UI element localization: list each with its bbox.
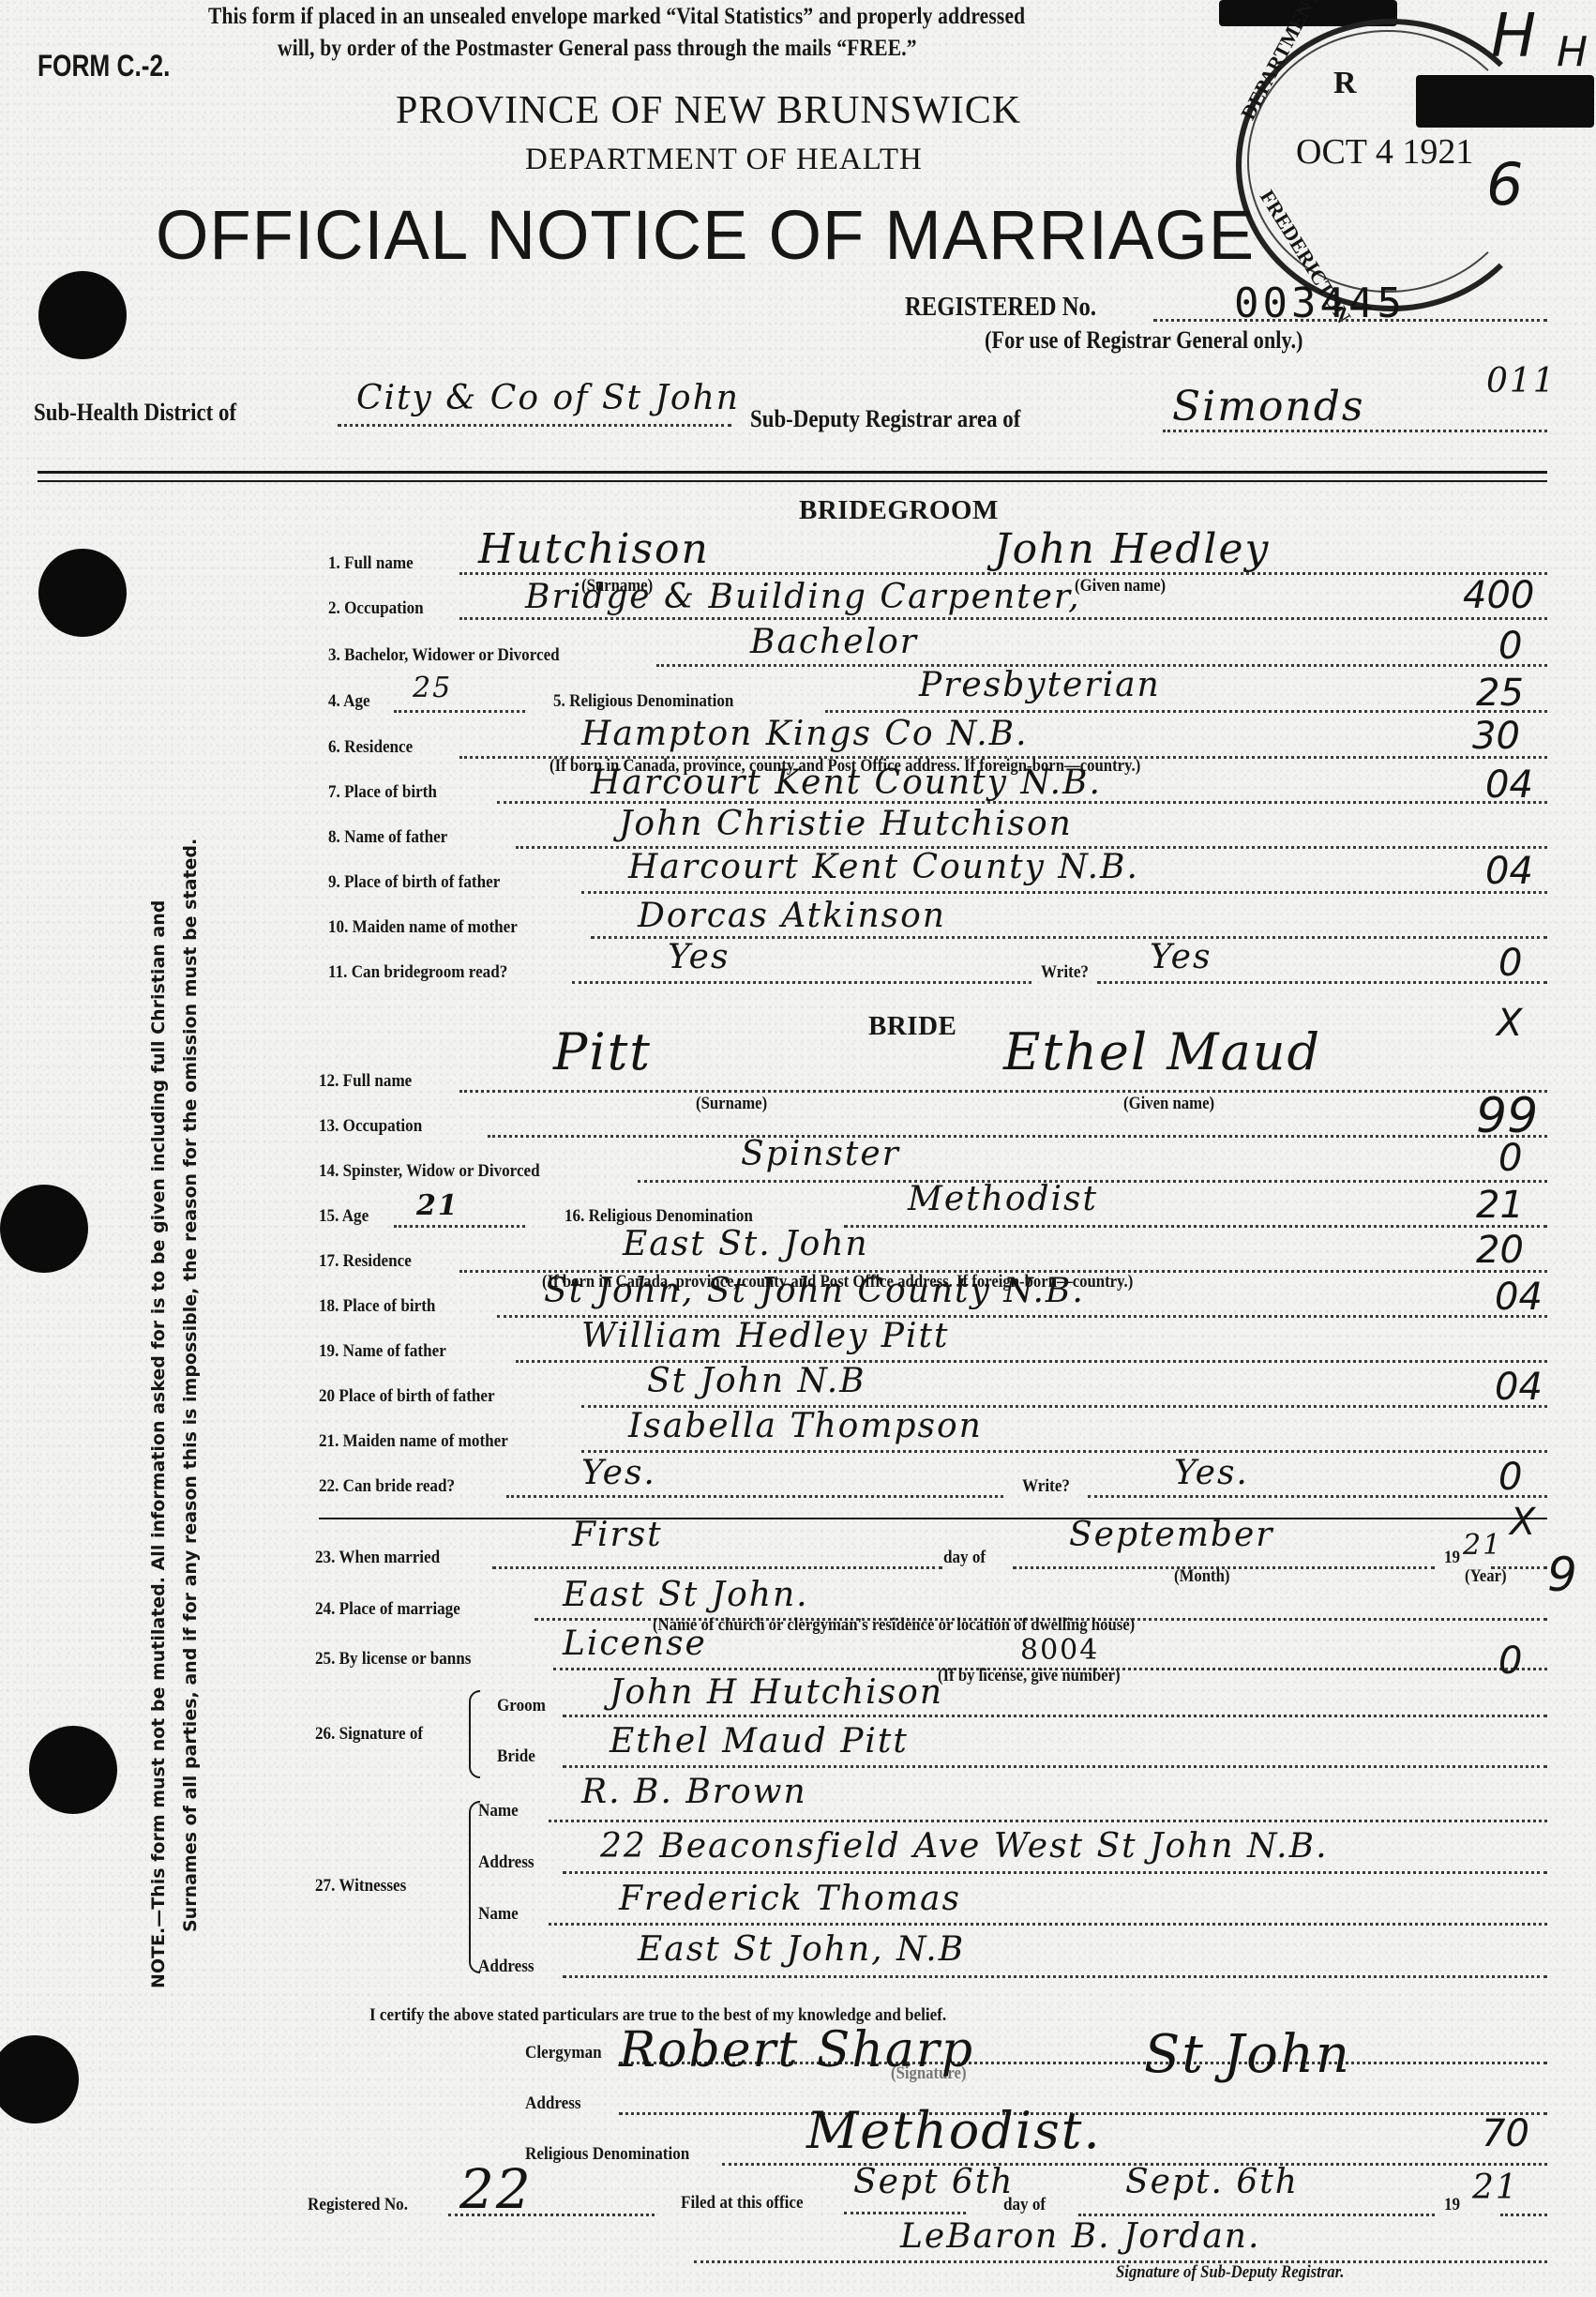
province-heading: PROVINCE OF NEW BRUNSWICK [396,88,1021,133]
groom-can-read: Yes [668,938,730,976]
field-line [459,617,1547,620]
field-label: 17. Residence [319,1251,412,1272]
bride-birthplace: St John, St John County N.B. [544,1272,1085,1310]
field-label: 22. Can bride read? [319,1476,455,1497]
field-label: 6. Residence [328,737,413,758]
filed-label: Filed at this office [681,2193,804,2214]
groom-residence: Hampton Kings Co N.B. [581,715,1029,753]
groom-marital-status-code: 0 [1498,625,1522,668]
marriage-day: First [572,1516,663,1554]
marriage-year: 21 [1463,1529,1502,1562]
witness-2-name-label: Name [478,1904,519,1925]
mail-note-line-2: will, by order of the Postmaster General… [278,36,917,62]
month-hint: (Month) [1174,1566,1229,1587]
field-line [549,1923,1547,1926]
license-number: 8004 [1020,1634,1099,1667]
filed-year: 21 [1472,2169,1519,2207]
groom-occupation: Bridge & Building Carpenter, [525,578,1081,616]
field-label: 27. Witnesses [315,1876,406,1897]
bride-religion: Methodist [908,1180,1098,1218]
field-label: 3. Bachelor, Widower or Divorced [328,645,560,666]
place-hint: (Name of church or clergyman's residence… [653,1615,1135,1636]
registered-number-value: 003445 [1234,280,1406,327]
field-line [563,1715,1547,1717]
bride-occupation-code: 99 [1476,1088,1538,1144]
groom-occupation-code: 400 [1463,574,1534,617]
place-of-marriage: East St John. [563,1576,809,1614]
field-line [572,981,1031,984]
groom-can-write: Yes [1150,938,1212,976]
witness-1-name-label: Name [478,1801,519,1821]
bride-father-name: William Hedley Pitt [581,1317,949,1355]
license-type: License [563,1625,707,1663]
when-married-code: 9 [1547,1548,1577,1602]
field-label: 4. Age [328,691,370,712]
marriage-divider [319,1518,1547,1519]
field-label: 10. Maiden name of mother [328,917,518,938]
when-married-code-top: X [1510,1501,1535,1544]
form-number: FORM C.-2. [38,49,170,83]
side-note-line-2: Surnames of all parties, and if for any … [180,839,201,1932]
corner-mark-2: H [1557,28,1588,76]
field-label: 24. Place of marriage [315,1599,460,1620]
department-heading: DEPARTMENT OF HEALTH [525,143,923,177]
clergyman-signature: Robert Sharp [619,2022,974,2078]
year-prefix: 19 [1444,2195,1460,2215]
field-line [1088,1495,1547,1498]
side-note-line-1: NOTE.—This form must not be mutilated. A… [148,900,169,1988]
field-label: 23. When married [315,1548,440,1568]
clergyman-address: St John [1144,2024,1351,2085]
field-label: 18. Place of birth [319,1296,435,1317]
sub-deputy-registrar-label: Sub-Deputy Registrar area of [750,405,1020,433]
field-label: 20 Place of birth of father [319,1386,495,1407]
bride-religion-code: 21 [1476,1184,1524,1227]
field-line [459,1090,1547,1093]
corner-mark-1: H [1491,2,1536,71]
bride-section-title: BRIDE [868,1011,956,1042]
field-label: 19. Name of father [319,1341,446,1362]
field-line [825,710,1547,713]
field-line [1097,981,1547,984]
clergyman-denomination-code: 70 [1482,2112,1529,2155]
sub-deputy-registrar-code: 011 [1486,362,1557,400]
stamp-received-mark: R [1333,66,1357,101]
district-divider-bottom [38,480,1547,482]
field-label: 15. Age [319,1206,369,1227]
signature-brace [469,1690,480,1778]
filed-month: Sept. 6th [1125,2163,1299,2201]
groom-signature-label: Groom [497,1696,546,1716]
field-line [563,1871,1547,1874]
witness-1-address-label: Address [478,1852,535,1873]
groom-given-name: John Hedley [994,525,1270,573]
groom-marital-status: Bachelor [750,623,918,661]
groom-surname: Hutchison [478,525,710,573]
sub-health-district-line [338,424,731,427]
witness-2-address-label: Address [478,1957,535,1977]
field-line [581,891,1547,894]
bride-birthplace-code: 04 [1495,1276,1543,1319]
address-label: Address [525,2093,581,2114]
field-line [1078,2214,1435,2216]
sub-deputy-registrar-value: Simonds [1172,383,1365,431]
groom-father-birthplace: Harcourt Kent County N.B. [628,848,1139,886]
groom-birthplace-code: 04 [1485,763,1533,807]
groom-birthplace: Harcourt Kent County N.B. [591,763,1102,802]
field-line [488,1135,1547,1138]
document-title: OFFICIAL NOTICE OF MARRIAGE [156,195,1255,275]
field-line [506,1495,1003,1498]
field-line [549,1820,1547,1822]
bride-signature-label: Bride [497,1746,535,1767]
field-line [844,1225,1547,1228]
field-line [581,1450,1547,1453]
field-line [394,1225,525,1228]
license-hint: (If by license, give number) [938,1666,1121,1686]
mail-note-line-1: This form if placed in an unsealed envel… [208,4,1025,30]
field-label: 9. Place of birth of father [328,872,500,893]
field-label: 5. Religious Denomination [553,691,733,712]
witness-2-address: East St John, N.B [638,1930,965,1969]
field-label: 21. Maiden name of mother [319,1431,508,1452]
hole-punch-3 [0,1185,88,1273]
witness-1-address: 22 Beaconsfield Ave West St John N.B. [600,1827,1329,1866]
registered-no-label: Registered No. [308,2195,408,2215]
day-of-label: day of [1003,2195,1046,2215]
field-label: 11. Can bridegroom read? [328,962,507,983]
sub-health-district-label: Sub-Health District of [34,399,236,427]
field-label: 2. Occupation [328,598,424,619]
bride-can-write: Yes. [1174,1454,1249,1492]
field-line [563,1975,1547,1978]
field-line [563,1765,1547,1768]
bride-surname: Pitt [553,1022,652,1081]
field-label: 16. Religious Denomination [565,1206,753,1227]
bridegroom-section-title: BRIDEGROOM [799,495,999,526]
sub-health-district-value: City & Co of St John [356,379,740,417]
bride-marital-status-code: 0 [1498,1137,1522,1180]
bride-given-name: Ethel Maud [1003,1022,1321,1081]
field-label: 8. Name of father [328,827,447,848]
bride-father-birthplace: St John N.B [647,1362,866,1400]
registered-number-label: REGISTERED No. [905,293,1096,323]
witness-brace [469,1801,480,1973]
year-prefix: 19 [1444,1548,1460,1568]
bride-residence-code: 20 [1476,1229,1524,1272]
hole-punch-5 [0,2035,79,2123]
surname-hint: (Surname) [696,1094,767,1114]
hole-punch-4 [29,1726,117,1814]
field-line [1500,2214,1547,2216]
bride-literacy-code: 0 [1498,1456,1522,1499]
field-label: Write? [1041,962,1089,983]
groom-father-name: John Christie Hutchison [619,805,1073,843]
groom-residence-code: 30 [1472,715,1520,758]
bride-signature: Ethel Maud Pitt [610,1722,909,1761]
bride-father-birthplace-code: 04 [1495,1366,1543,1409]
bride-marital-status: Spinster [741,1135,900,1173]
clergyman-label: Clergyman [525,2043,602,2063]
bride-residence: East St. John [623,1225,869,1263]
clergyman-denomination: Methodist. [806,2101,1102,2160]
groom-religion-code: 25 [1476,672,1524,715]
groom-mother-maiden-name: Dorcas Atkinson [638,897,946,935]
groom-father-birthplace-code: 04 [1485,850,1533,893]
district-divider-top [38,471,1547,474]
field-label: 25. By license or banns [315,1649,471,1670]
hole-punch-1 [38,271,127,359]
year-hint: (Year) [1465,1566,1507,1587]
given-name-hint: (Given name) [1075,576,1166,597]
field-label: 7. Place of birth [328,782,437,803]
field-label: 1. Full name [328,553,414,574]
day-of-label: day of [943,1548,986,1568]
corner-mark-3: 6 [1486,150,1523,219]
marriage-notice-page: This form if placed in an unsealed envel… [0,0,1596,2297]
witness-1-name: R. B. Brown [581,1773,807,1811]
groom-signature: John H Hutchison [610,1673,943,1712]
registered-number-note: (For use of Registrar General only.) [985,326,1302,355]
marriage-month: September [1069,1516,1273,1554]
bride-section-code: X [1497,1002,1522,1045]
witness-2-name: Frederick Thomas [619,1880,961,1918]
field-line [492,1566,942,1569]
field-line [591,936,1547,939]
field-label: Write? [1022,1476,1070,1497]
groom-religion: Presbyterian [919,666,1161,704]
registrar-signature: LeBaron B. Jordan. [900,2217,1260,2256]
field-label: 13. Occupation [319,1116,422,1137]
field-label: 26. Signature of [315,1724,423,1745]
field-label: 14. Spinster, Widow or Divorced [319,1161,540,1182]
field-line [844,2212,966,2214]
bride-age: 21 [416,1189,459,1222]
field-label: 12. Full name [319,1071,412,1092]
filed-day: Sept 6th [853,2163,1014,2201]
stamp-date: OCT 4 1921 [1296,131,1473,173]
field-line [394,710,525,713]
registered-no-value: 22 [459,2157,533,2221]
registrar-signature-hint: Signature of Sub-Deputy Registrar. [1116,2262,1344,2283]
license-code: 0 [1498,1640,1522,1683]
groom-literacy-code: 0 [1498,942,1522,985]
hole-punch-2 [38,549,127,637]
given-name-hint: (Given name) [1123,1094,1214,1114]
bride-mother-maiden-name: Isabella Thompson [628,1407,983,1445]
denomination-label: Religious Denomination [525,2144,689,2165]
groom-age: 25 [413,672,452,704]
bride-can-read: Yes. [581,1454,656,1492]
